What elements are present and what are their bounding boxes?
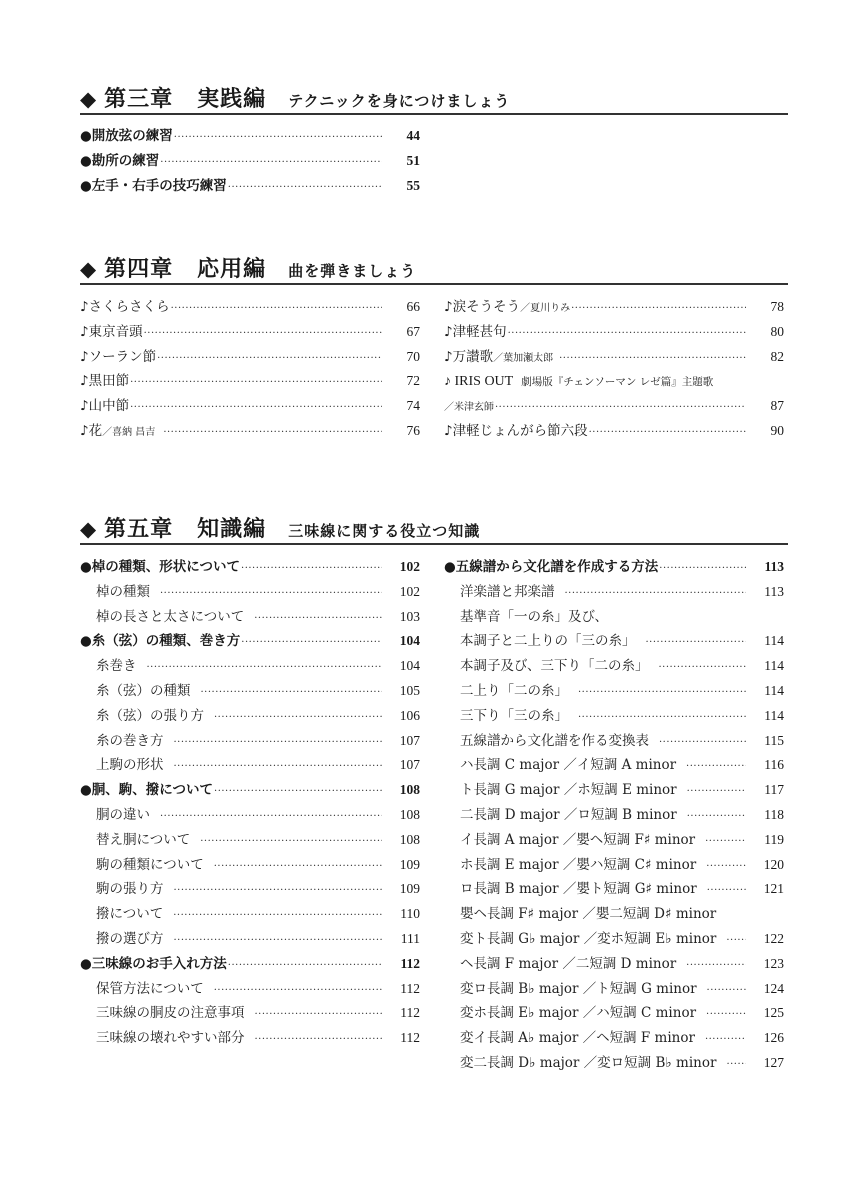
toc-entry[interactable]: 変ト長調 G♭ major ／変ホ短調 E♭ minor122 — [444, 927, 784, 952]
toc-entry[interactable]: ♪津軽甚句80 — [444, 320, 784, 345]
toc-entry[interactable]: ♪東京音頭67 — [80, 320, 420, 345]
toc-entry[interactable]: 変ホ長調 E♭ major ／ハ短調 C minor125 — [444, 1001, 784, 1026]
page-number: 80 — [750, 320, 784, 345]
dot-leader — [157, 347, 382, 372]
page-number: 115 — [750, 729, 784, 754]
toc-section-entry[interactable]: ●胴、駒、撥について108 — [80, 778, 420, 803]
page-number: 122 — [750, 927, 784, 952]
dot-leader — [255, 1028, 383, 1053]
dot-leader — [707, 979, 746, 1004]
chapter-heading: ◆ 第五章 知識編 三味線に関する役立つ知識 — [80, 512, 788, 545]
chapter-4: ◆ 第四章 応用編 曲を弾きましょう ♪さくらさくら66 ♪東京音頭67 ♪ソー… — [80, 252, 788, 444]
dot-leader — [705, 1028, 746, 1053]
page-number: 127 — [750, 1051, 784, 1076]
toc-entry[interactable]: 駒の種類について109 — [80, 853, 420, 878]
song-credit: ／米津玄師 — [444, 402, 494, 413]
toc-entry[interactable]: ♪涙そうそう／夏川りみ78 — [444, 295, 784, 320]
toc-entry[interactable]: 棹の種類102 — [80, 580, 420, 605]
toc-entry[interactable]: 棹の長さと太さについて103 — [80, 605, 420, 630]
page-number: 78 — [750, 295, 784, 320]
chapter-subtitle: テクニックを身につけましょう — [288, 90, 510, 111]
toc-entry[interactable]: ♪津軽じょんがら節六段90 — [444, 419, 784, 444]
toc-entry[interactable]: ●開放弦の練習44 — [80, 124, 420, 149]
dot-leader — [200, 830, 382, 855]
page-number: 87 — [750, 394, 784, 419]
page-number: 70 — [386, 345, 420, 370]
dot-leader — [686, 954, 746, 979]
toc-entry[interactable]: ホ長調 E major ／嬰ハ短調 C♯ minor120 — [444, 853, 784, 878]
page-number: 109 — [386, 853, 420, 878]
dot-leader — [228, 176, 382, 201]
page-number: 114 — [750, 654, 784, 679]
page-number: 111 — [386, 927, 420, 952]
dot-leader — [130, 371, 382, 396]
dot-leader — [687, 780, 746, 805]
toc-entry[interactable]: 洋楽譜と邦楽譜113 — [444, 580, 784, 605]
toc-entry[interactable]: 糸（弦）の張り方106 — [80, 704, 420, 729]
toc-entry[interactable]: 三下り「三の糸」114 — [444, 704, 784, 729]
page-number: 55 — [386, 174, 420, 199]
page-number: 116 — [750, 753, 784, 778]
toc-entry[interactable]: 変二長調 D♭ major ／変ロ短調 B♭ minor127 — [444, 1051, 784, 1076]
toc-entry[interactable]: 上駒の形状107 — [80, 753, 420, 778]
page-number: 74 — [386, 394, 420, 419]
toc-entry[interactable]: 替え胴について108 — [80, 828, 420, 853]
toc-entry[interactable]: ●勘所の練習51 — [80, 149, 420, 174]
dot-leader — [171, 297, 382, 322]
dot-leader — [726, 929, 746, 954]
chapter-name: 知識編 — [197, 512, 266, 543]
page-number: 102 — [386, 580, 420, 605]
page-number: 67 — [386, 320, 420, 345]
page-number: 51 — [386, 149, 420, 174]
page-number: 118 — [750, 803, 784, 828]
page-number: 113 — [750, 555, 784, 580]
dot-leader — [706, 1003, 746, 1028]
toc-entry[interactable]: ト長調 G major ／ホ短調 E minor117 — [444, 778, 784, 803]
toc-section-entry[interactable]: ●三味線のお手入れ方法112 — [80, 952, 420, 977]
dot-leader — [241, 631, 382, 656]
page-number: 123 — [750, 952, 784, 977]
chapter-name: 実践編 — [197, 82, 266, 113]
toc-entry[interactable]: 嬰ヘ長調 F♯ major ／嬰二短調 D♯ minor — [444, 902, 784, 927]
song-credit: ／喜納 昌吉 — [102, 427, 155, 438]
toc-entry[interactable]: 三味線の胴皮の注意事項112 — [80, 1001, 420, 1026]
chapter-subtitle: 三味線に関する役立つ知識 — [288, 520, 480, 541]
toc-entry[interactable]: 本調子と二上りの「三の糸」114 — [444, 629, 784, 654]
page-number: 109 — [386, 877, 420, 902]
toc-entry[interactable]: 胴の違い108 — [80, 803, 420, 828]
toc-entry[interactable]: 糸巻き104 — [80, 654, 420, 679]
page-number: 124 — [750, 977, 784, 1002]
diamond-icon: ◆ — [80, 86, 96, 111]
toc-entry[interactable]: 五線譜から文化譜を作る変換表115 — [444, 729, 784, 754]
page-number: 44 — [386, 124, 420, 149]
toc-column-left: ●開放弦の練習44 ●勘所の練習51 ●左手・右手の技巧練習55 — [80, 124, 420, 198]
toc-entry[interactable]: ♪ソーラン節70 — [80, 345, 420, 370]
page-number: 113 — [750, 580, 784, 605]
dot-leader — [255, 1003, 383, 1028]
toc-column-left: ●棹の種類、形状について102棹の種類102棹の長さと太さについて103●糸（弦… — [80, 555, 420, 1076]
page-number: 114 — [750, 679, 784, 704]
page-number: 104 — [386, 654, 420, 679]
page-number: 114 — [750, 629, 784, 654]
dot-leader — [163, 421, 382, 446]
toc-entry[interactable]: 糸の巻き方107 — [80, 729, 420, 754]
toc-column-right: ♪涙そうそう／夏川りみ78 ♪津軽甚句80 ♪万讃歌／葉加瀬太郎82 ♪ IRI… — [444, 295, 784, 444]
diamond-icon: ◆ — [80, 516, 96, 541]
toc-section-entry[interactable]: ●棹の種類、形状について102 — [80, 555, 420, 580]
page-number: 82 — [750, 345, 784, 370]
chapter-number: 第四章 — [104, 252, 173, 283]
chapter-number: 第三章 — [104, 82, 173, 113]
toc-entry[interactable]: 二長調 D major ／ロ短調 B minor118 — [444, 803, 784, 828]
dot-leader — [578, 681, 746, 706]
chapter-name: 応用編 — [197, 252, 266, 283]
page-number: 108 — [386, 803, 420, 828]
dot-leader — [174, 755, 383, 780]
dot-leader — [160, 151, 382, 176]
toc-entry[interactable]: 三味線の壊れやすい部分112 — [80, 1026, 420, 1051]
dot-leader — [174, 879, 383, 904]
page-number: 112 — [386, 977, 420, 1002]
dot-leader — [174, 126, 382, 151]
toc-entry[interactable]: ♪黒田節72 — [80, 369, 420, 394]
chapter-number: 第五章 — [104, 512, 173, 543]
toc-column-right: ●五線譜から文化譜を作成する方法113洋楽譜と邦楽譜113基準音「一の糸」及び、… — [444, 555, 784, 1076]
toc-entry[interactable]: ♪万讃歌／葉加瀬太郎82 — [444, 345, 784, 370]
toc-entry[interactable]: ヘ長調 F major ／二短調 D minor123 — [444, 952, 784, 977]
toc-entry[interactable]: 撥の選び方111 — [80, 927, 420, 952]
toc-entry[interactable]: 糸（弦）の種類105 — [80, 679, 420, 704]
toc-entry[interactable]: 基準音「一の糸」及び、 — [444, 605, 784, 630]
dot-leader — [228, 954, 382, 979]
page-number: 106 — [386, 704, 420, 729]
page-number: 90 — [750, 419, 784, 444]
page-number: 66 — [386, 295, 420, 320]
toc-entry[interactable]: 変イ長調 A♭ major ／ヘ短調 F minor126 — [444, 1026, 784, 1051]
dot-leader — [571, 297, 746, 322]
page-number: 102 — [386, 555, 420, 580]
dot-leader — [706, 855, 746, 880]
toc-entry[interactable]: イ長調 A major ／嬰ヘ短調 F♯ minor119 — [444, 828, 784, 853]
page-number: 121 — [750, 877, 784, 902]
dot-leader — [160, 805, 382, 830]
toc-entry[interactable]: ●左手・右手の技巧練習55 — [80, 174, 420, 199]
toc-entry[interactable]: ♪さくらさくら66 — [80, 295, 420, 320]
toc-column-left: ♪さくらさくら66 ♪東京音頭67 ♪ソーラン節70 ♪黒田節72 ♪山中節74… — [80, 295, 420, 444]
dot-leader — [144, 322, 382, 347]
dot-leader — [687, 805, 746, 830]
page-number: 117 — [750, 778, 784, 803]
dot-leader — [565, 582, 747, 607]
dot-leader — [160, 582, 382, 607]
toc-section-entry[interactable]: ●五線譜から文化譜を作成する方法113 — [444, 555, 784, 580]
toc-section-entry[interactable]: ●糸（弦）の種類、巻き方104 — [80, 629, 420, 654]
page-number: 108 — [386, 778, 420, 803]
toc-entry[interactable]: 本調子及び、三下り「二の糸」114 — [444, 654, 784, 679]
page-number: 108 — [386, 828, 420, 853]
page-number: 126 — [750, 1026, 784, 1051]
toc-entry[interactable]: 撥について110 — [80, 902, 420, 927]
dot-leader — [130, 396, 382, 421]
song-credit: 劇場版『チェンソーマン レゼ篇』主題歌 — [521, 376, 713, 388]
page-number: 76 — [386, 419, 420, 444]
dot-leader — [214, 979, 382, 1004]
dot-leader — [686, 755, 746, 780]
chapter-3: ◆ 第三章 実践編 テクニックを身につけましょう ●開放弦の練習44 ●勘所の練… — [80, 82, 788, 198]
toc-entry[interactable]: ハ長調 C major ／イ短調 A minor116 — [444, 753, 784, 778]
toc-entry[interactable]: 保管方法について112 — [80, 977, 420, 1002]
toc-entry[interactable]: 変ロ長調 B♭ major ／ト短調 G minor124 — [444, 977, 784, 1002]
dot-leader — [659, 731, 746, 756]
toc-entry[interactable]: 駒の張り方109 — [80, 877, 420, 902]
page-number: 107 — [386, 753, 420, 778]
dot-leader — [173, 904, 382, 929]
page-number: 103 — [386, 605, 420, 630]
page-number: 119 — [750, 828, 784, 853]
dot-leader — [214, 855, 382, 880]
toc-entry-continued[interactable]: ／米津玄師87 — [444, 394, 784, 419]
dot-leader — [174, 929, 383, 954]
page-number: 105 — [386, 679, 420, 704]
dot-leader — [658, 656, 746, 681]
chapter-heading: ◆ 第三章 実践編 テクニックを身につけましょう — [80, 82, 788, 115]
dot-leader — [559, 347, 746, 372]
dot-leader — [707, 879, 746, 904]
dot-leader — [508, 322, 746, 347]
dot-leader — [659, 557, 746, 582]
page-number: 114 — [750, 704, 784, 729]
page-number: 104 — [386, 629, 420, 654]
dot-leader — [578, 706, 746, 731]
dot-leader — [589, 421, 746, 446]
dot-leader — [214, 780, 382, 805]
chapter-5: ◆ 第五章 知識編 三味線に関する役立つ知識 ●棹の種類、形状について102棹の… — [80, 512, 788, 1076]
toc-entry[interactable]: ロ長調 B major ／嬰ト短調 G♯ minor121 — [444, 877, 784, 902]
song-credit: ／葉加瀬太郎 — [493, 353, 553, 364]
page-number: 107 — [386, 729, 420, 754]
page-number: 125 — [750, 1001, 784, 1026]
toc-entry[interactable]: ♪花／喜納 昌吉76 — [80, 419, 420, 444]
dot-leader — [147, 656, 383, 681]
page-number: 120 — [750, 853, 784, 878]
dot-leader — [201, 681, 383, 706]
dot-leader — [705, 830, 746, 855]
page-number: 110 — [386, 902, 420, 927]
page-number: 112 — [386, 952, 420, 977]
diamond-icon: ◆ — [80, 256, 96, 281]
dot-leader — [174, 731, 383, 756]
dot-leader — [214, 706, 382, 731]
dot-leader — [241, 557, 382, 582]
page-number: 72 — [386, 369, 420, 394]
toc-entry[interactable]: 二上り「二の糸」114 — [444, 679, 784, 704]
chapter-heading: ◆ 第四章 応用編 曲を弾きましょう — [80, 252, 788, 285]
chapter-subtitle: 曲を弾きましょう — [288, 260, 416, 281]
dot-leader — [254, 607, 382, 632]
dot-leader — [495, 396, 746, 421]
toc-entry[interactable]: ♪ IRIS OUT劇場版『チェンソーマン レゼ篇』主題歌 — [444, 369, 784, 394]
dot-leader — [726, 1053, 746, 1078]
page-number: 112 — [386, 1001, 420, 1026]
toc-entry[interactable]: ♪山中節74 — [80, 394, 420, 419]
page-number: 112 — [386, 1026, 420, 1051]
dot-leader — [646, 631, 747, 656]
song-credit: ／夏川りみ — [520, 303, 570, 314]
